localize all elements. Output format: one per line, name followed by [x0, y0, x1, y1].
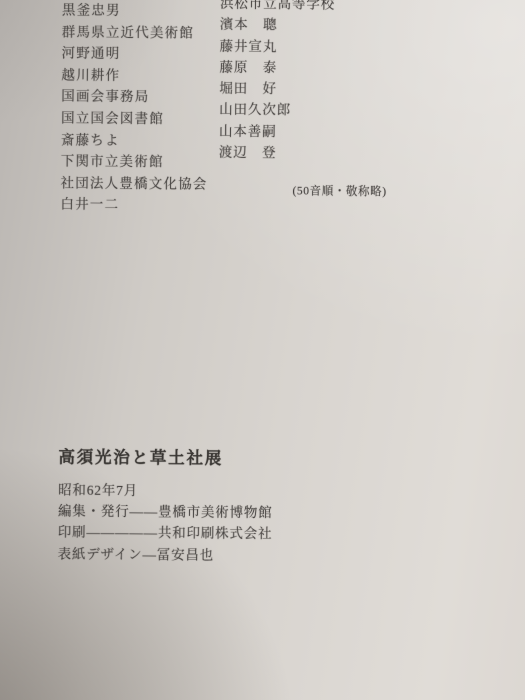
contributor-name: 堀田 好 [219, 78, 334, 100]
contributor-name: 群馬県立近代美術館 [62, 21, 209, 44]
contributor-name: 山田久次郎 [219, 99, 334, 121]
contributor-name: 国画会事務局 [61, 86, 208, 109]
contributors-left-column: 黒釜忠男 群馬県立近代美術館 河野通明 越川耕作 国画会事務局 国立国会図書館 … [60, 0, 209, 217]
publication-date: 昭和62年7月 [58, 479, 273, 502]
editor-publisher-line: 編集・発行——豊橋市美術博物館 [58, 501, 273, 524]
contributor-name: 河野通明 [61, 43, 208, 66]
contributor-name: 下関市立美術館 [61, 151, 208, 174]
contributor-name: 渡辺 登 [219, 142, 334, 164]
contributors-right-column: 浜松市立高等学校 濱本 聰 藤井宣丸 藤原 泰 堀田 好 山田久次郎 山本善嗣 … [219, 0, 336, 164]
book-colophon-page-photo: 黒釜忠男 群馬県立近代美術館 河野通明 越川耕作 国画会事務局 国立国会図書館 … [0, 0, 525, 700]
order-note: (50音順・敬称略) [292, 182, 386, 199]
contributor-name: 黒釜忠男 [62, 0, 209, 22]
contributor-name: 浜松市立高等学校 [220, 0, 335, 15]
contributor-name: 濱本 聰 [220, 14, 335, 36]
colophon-block: 高須光治と草土社展 昭和62年7月 編集・発行——豊橋市美術博物館 印刷————… [58, 446, 273, 565]
contributor-name: 越川耕作 [61, 64, 208, 87]
contributor-name: 国立国会図書館 [61, 107, 208, 130]
printer-line: 印刷—————共和印刷株式会社 [58, 522, 273, 545]
contributor-name: 藤井宣丸 [220, 35, 335, 57]
contributor-name: 藤原 泰 [219, 57, 334, 79]
cover-design-line: 表紙デザイン—冨安昌也 [58, 543, 273, 566]
contributor-name: 社団法人豊橋文化協会 [60, 172, 207, 195]
page-content: 黒釜忠男 群馬県立近代美術館 河野通明 越川耕作 国画会事務局 国立国会図書館 … [0, 0, 525, 700]
contributor-name: 白井一二 [60, 194, 207, 217]
exhibition-title: 高須光治と草土社展 [58, 446, 273, 470]
contributor-name: 斎藤ちよ [61, 129, 208, 152]
contributor-name: 山本善嗣 [219, 121, 334, 143]
